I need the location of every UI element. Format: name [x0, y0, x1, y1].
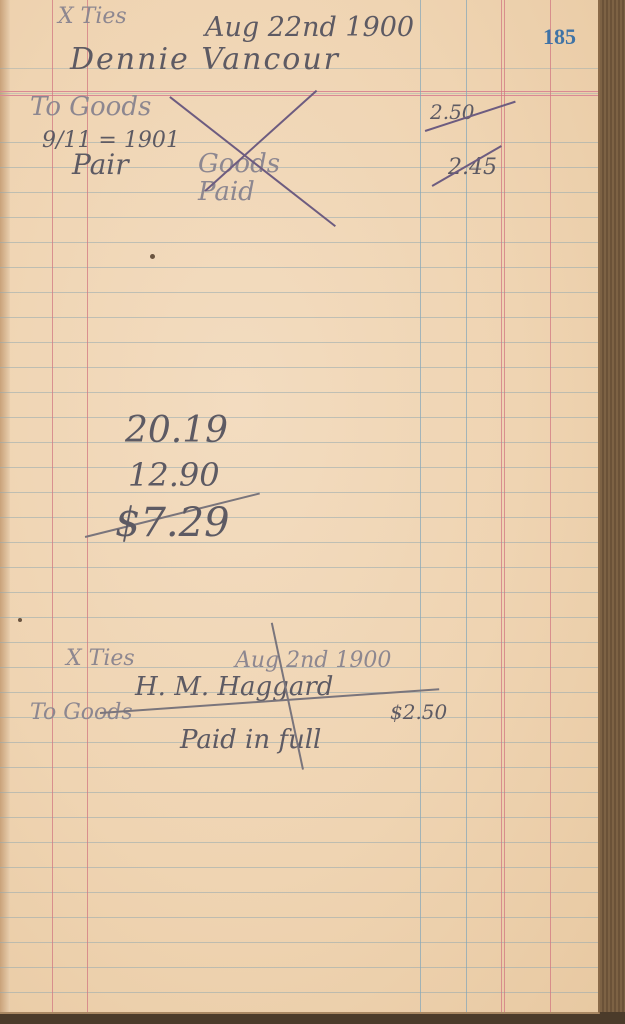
calc-subtract: 12.90: [128, 456, 220, 494]
entry2-mark: X Ties: [66, 646, 135, 671]
ink-spot: [18, 618, 22, 622]
entry2-date: Aug 2nd 1900: [235, 648, 391, 673]
entry2-amount: $2.50: [390, 700, 447, 724]
entry1-label: To Goods: [30, 92, 151, 122]
column-rule-3b: [504, 0, 505, 1012]
column-rule-3a: [501, 0, 502, 1012]
column-rule-2: [466, 0, 467, 1012]
ink-spot: [150, 254, 155, 259]
entry1-amount-2: 2.45: [448, 155, 497, 180]
horizontal-rules: [0, 118, 598, 998]
entry1-date: Aug 22nd 1900: [205, 12, 414, 43]
entry1-name: Dennie Vancour: [70, 42, 340, 77]
calc-result: $7.29: [115, 500, 230, 546]
book-binding: [598, 0, 625, 1024]
entry2-label: To Goods: [30, 700, 133, 725]
entry1-pair: Pair: [72, 148, 129, 181]
ledger-page: 185 X Ties Aug 22nd 1900 Dennie Vancour …: [0, 0, 600, 1014]
page-number: 185: [543, 24, 576, 50]
column-rule-4: [550, 0, 551, 1012]
entry1-mark: X Ties: [58, 4, 127, 29]
calc-top: 20.19: [125, 410, 228, 451]
column-rule-1: [420, 0, 421, 1012]
